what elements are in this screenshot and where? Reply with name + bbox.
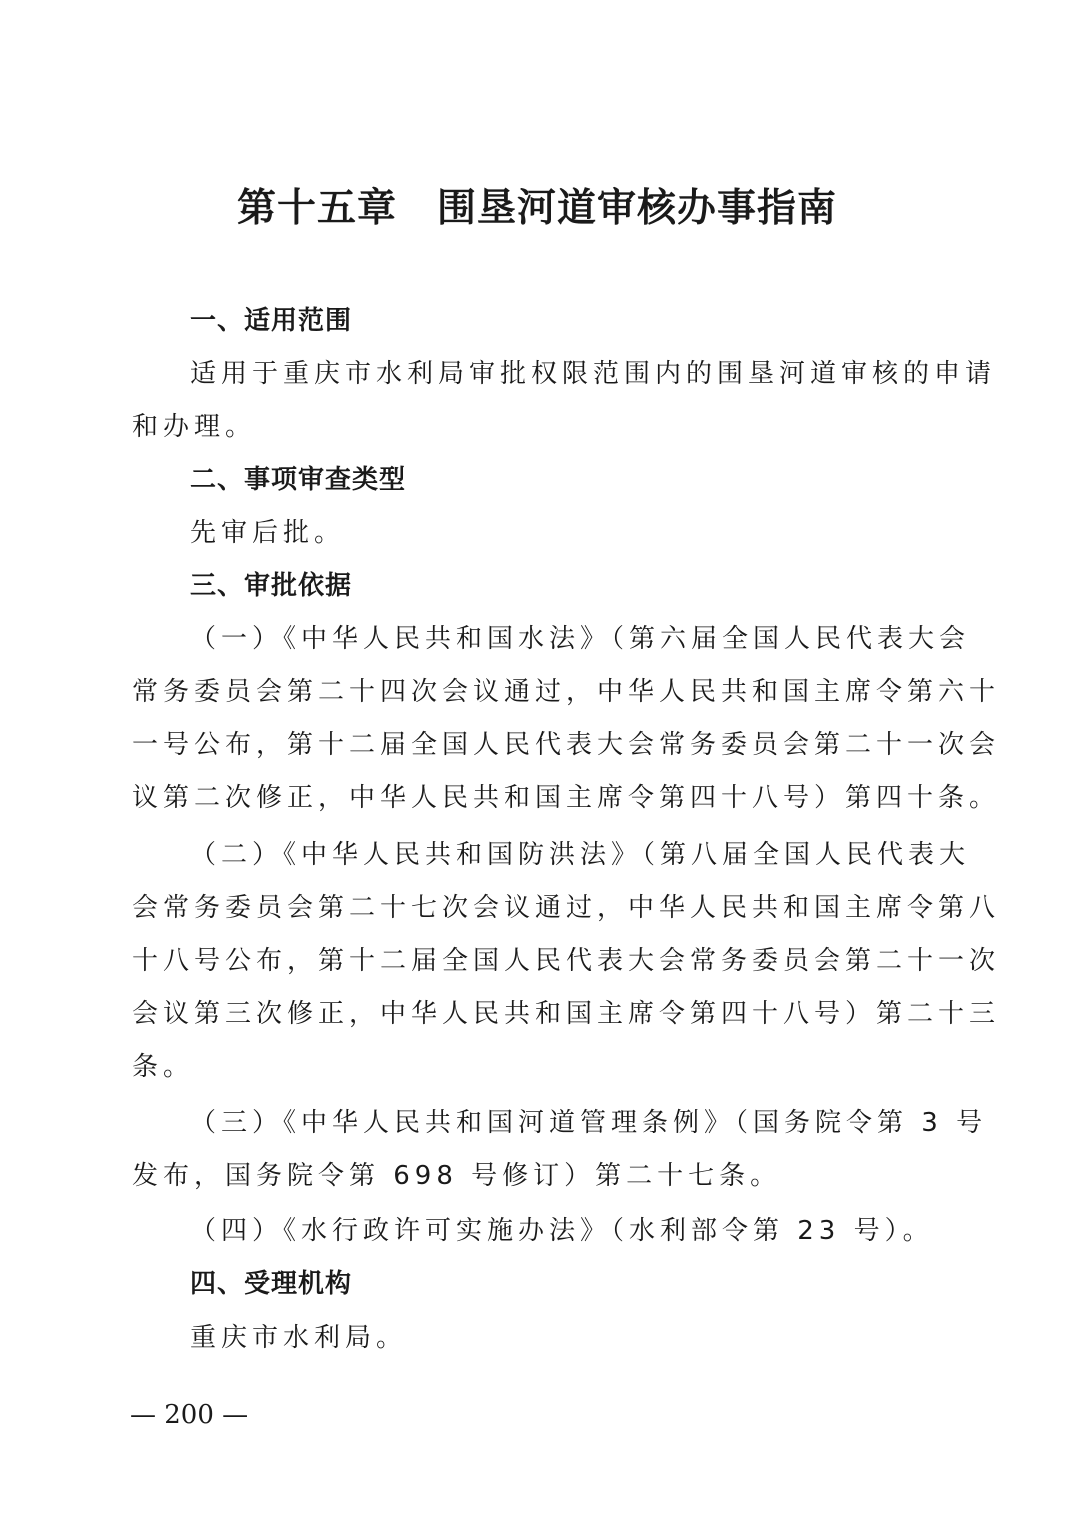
section-heading-review-type: 二、事项审查类型 [190,454,406,507]
section-heading-accepting-agency: 四、受理机构 [190,1258,352,1311]
section-heading-legal-basis: 三、审批依据 [190,560,352,613]
paragraph-line: 一号公布，第十二届全国人民代表大会常务委员会第二十一次会 [132,719,940,772]
paragraph-line: 议第二次修正，中华人民共和国主席令第四十八号）第四十条。 [132,772,940,825]
chapter-title: 第十五章 围垦河道审核办事指南 [0,183,1074,233]
paragraph-line: （二）《中华人民共和国防洪法》（第八届全国人民代表大 [190,829,940,882]
paragraph-line: （四）《水行政许可实施办法》（水利部令第 23 号）。 [190,1205,940,1258]
paragraph-line: 发布，国务院令第 698 号修订）第二十七条。 [132,1150,940,1203]
paragraph-line: 条。 [132,1041,940,1094]
page-number: — 200 — [130,1395,248,1435]
paragraph-line: 先审后批。 [190,507,940,560]
paragraph-line: 适用于重庆市水利局审批权限范围内的围垦河道审核的申请 [190,348,940,401]
paragraph-line: 会议第三次修正，中华人民共和国主席令第四十八号）第二十三 [132,988,940,1041]
paragraph-line: 常务委员会第二十四次会议通过，中华人民共和国主席令第六十 [132,666,940,719]
paragraph-line: 和办理。 [132,401,940,454]
document-page: 第十五章 围垦河道审核办事指南 一、适用范围 适用于重庆市水利局审批权限范围内的… [0,0,1074,1520]
paragraph-line: 重庆市水利局。 [190,1312,940,1365]
paragraph-line: （三）《中华人民共和国河道管理条例》（国务院令第 3 号 [190,1097,940,1150]
paragraph-line: （一）《中华人民共和国水法》（第六届全国人民代表大会 [190,613,940,666]
paragraph-line: 十八号公布，第十二届全国人民代表大会常务委员会第二十一次 [132,935,940,988]
section-heading-scope: 一、适用范围 [190,295,352,348]
paragraph-line: 会常务委员会第二十七次会议通过，中华人民共和国主席令第八 [132,882,940,935]
